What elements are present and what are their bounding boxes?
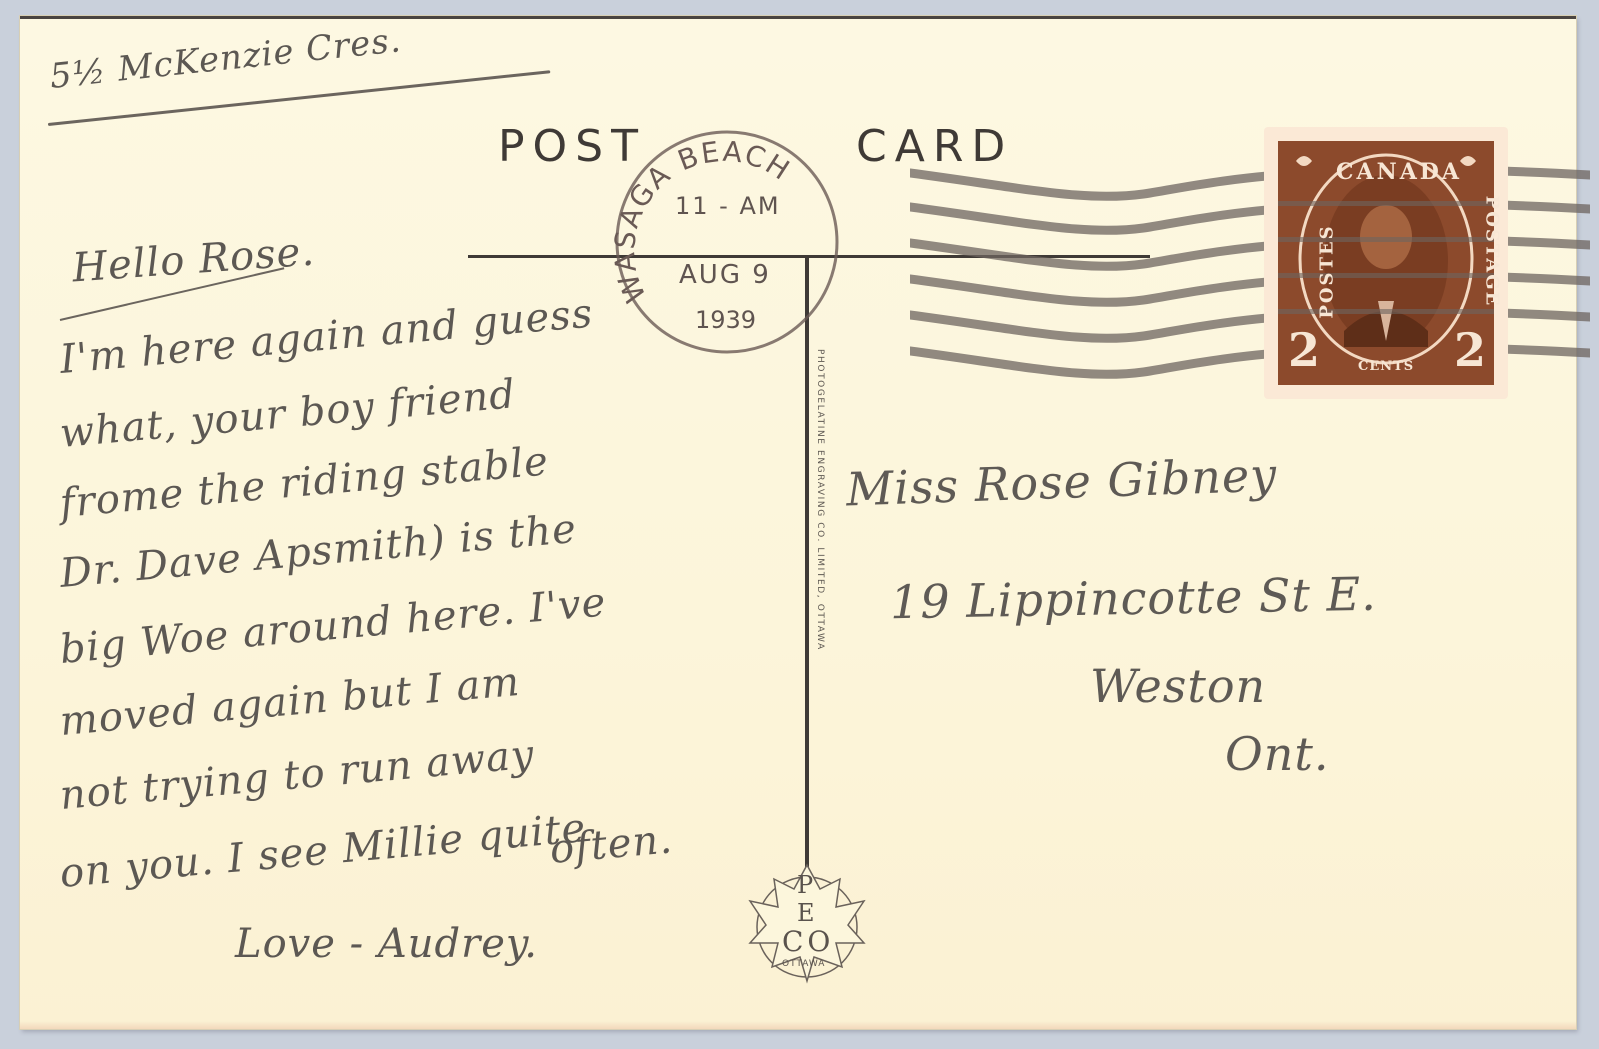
stamp-right-text: POSTAGE [1481,196,1502,308]
postmark: WASAGA BEACH 11 - AM AUG 9 1939 [607,122,847,362]
message-line: not trying to run away [58,732,536,819]
postcard-back: 5½ McKenzie Cres. POST CARD PHOTOGELATIN… [20,16,1576,1029]
stamp-country: CANADA [1336,159,1462,185]
logo-letter-p: P [797,871,813,899]
stamp-denomination-left: 2 [1288,323,1320,377]
address-street: 19 Lippincotte St E. [890,567,1378,629]
stamp-unit: CENTS [1358,359,1414,374]
message-line: moved again but I am [58,659,522,745]
logo-letter-e: E [797,899,815,927]
message-line: often. [548,816,675,873]
message-greeting: Hello Rose. [71,229,317,292]
address-province: Ont. [1225,727,1329,781]
message-line: I'm here again and guess [58,290,595,382]
logo-city: OTTAWA [782,959,825,969]
postmark-date: AUG 9 [679,260,771,290]
message-signoff: Love - Audrey. [235,921,538,967]
postmark-time: 11 - AM [675,192,781,220]
return-address: 5½ McKenzie Cres. [48,20,403,97]
logo-letters-co: CO [782,925,834,958]
address-name: Miss Rose Gibney [845,447,1278,516]
publisher-logo: P E CO OTTAWA [742,859,872,989]
message-line: what, your boy friend [58,371,518,457]
address-city: Weston [1090,659,1266,713]
message-line: big Woe around here. I've [58,579,608,673]
postmark-year: 1939 [695,306,756,334]
stamp-left-text: POSTES [1317,224,1338,318]
stamp-denomination-right: 2 [1454,323,1486,377]
message-line: on you. I see Millie quite [58,805,588,897]
stamp-face: CANADA POSTES POSTAGE 2 2 CENTS [1278,141,1494,385]
postage-stamp: CANADA POSTES POSTAGE 2 2 CENTS [1264,127,1508,399]
printer-imprint: PHOTOGELATINE ENGRAVING CO. LIMITED, OTT… [815,349,825,651]
